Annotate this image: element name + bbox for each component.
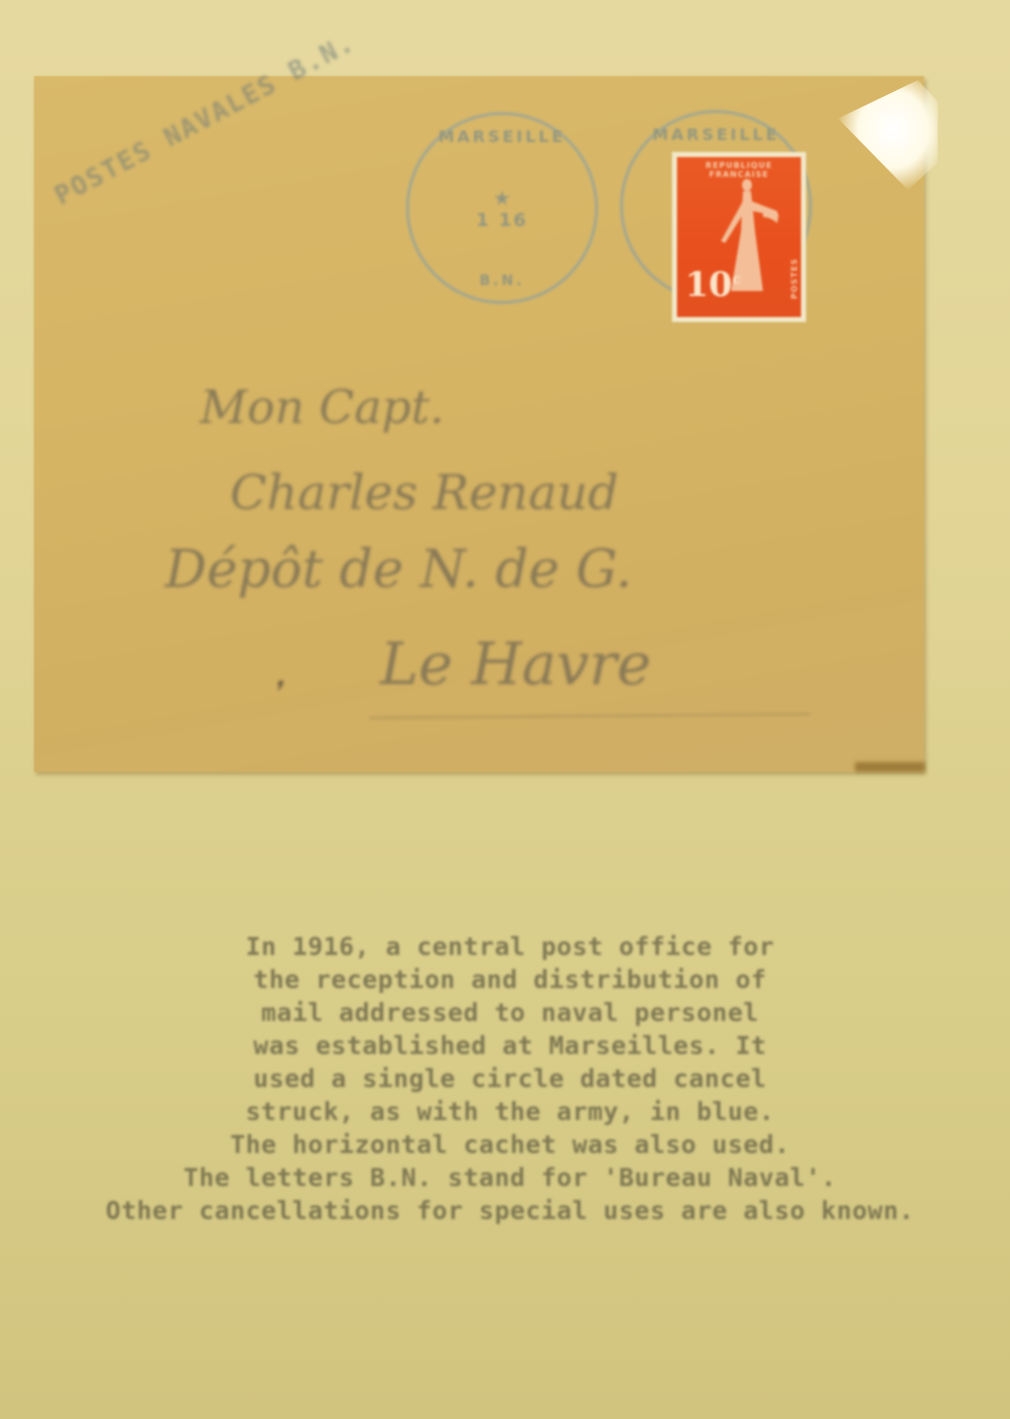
stamp-value-number: 10: [685, 265, 732, 305]
address-line: Dépôt de N. de G.: [165, 540, 632, 600]
caption-line: struck, as with the army, in blue.: [100, 1095, 920, 1128]
postmark-town: MARSEILLE: [652, 125, 779, 144]
caption-line: The letters B.N. stand for 'Bureau Naval…: [100, 1161, 920, 1194]
address-line: Charles Renaud: [230, 465, 619, 521]
postmark-cancel-left: MARSEILLE ★ 1 16 B.N.: [406, 112, 598, 304]
star-icon: ★: [493, 186, 511, 210]
stamp-design: REPUBLIQUE FRANCAISE POSTES 10c: [677, 157, 801, 317]
caption-line: used a single circle dated cancel: [100, 1062, 920, 1095]
caption-line: mail addressed to naval personel: [100, 996, 920, 1029]
caption-line: In 1916, a central post office for: [100, 930, 920, 963]
ink-mark: ❜: [272, 675, 281, 708]
address-line: Mon Capt.: [200, 380, 444, 434]
stamp-value: 10c: [685, 265, 741, 305]
postmark-office: B.N.: [479, 273, 524, 289]
postmark-town: MARSEILLE: [438, 127, 565, 146]
caption-text: In 1916, a central post office for the r…: [100, 930, 920, 1227]
album-page: POSTES NAVALES B.N. MARSEILLE ★ 1 16 B.N…: [0, 0, 1010, 1419]
postage-stamp: REPUBLIQUE FRANCAISE POSTES 10c: [672, 152, 806, 322]
caption-line: Other cancellations for special uses are…: [100, 1194, 920, 1227]
caption-line: was established at Marseilles. It: [100, 1029, 920, 1062]
stamp-value-suffix: c: [732, 272, 741, 288]
caption-line: The horizontal cachet was also used.: [100, 1128, 920, 1161]
envelope-shadow-edge: [855, 762, 925, 772]
address-line: Le Havre: [380, 630, 651, 698]
stamp-postes-label: POSTES: [790, 258, 799, 299]
postmark-date: 1 16: [476, 210, 528, 231]
caption-line: the reception and distribution of: [100, 963, 920, 996]
